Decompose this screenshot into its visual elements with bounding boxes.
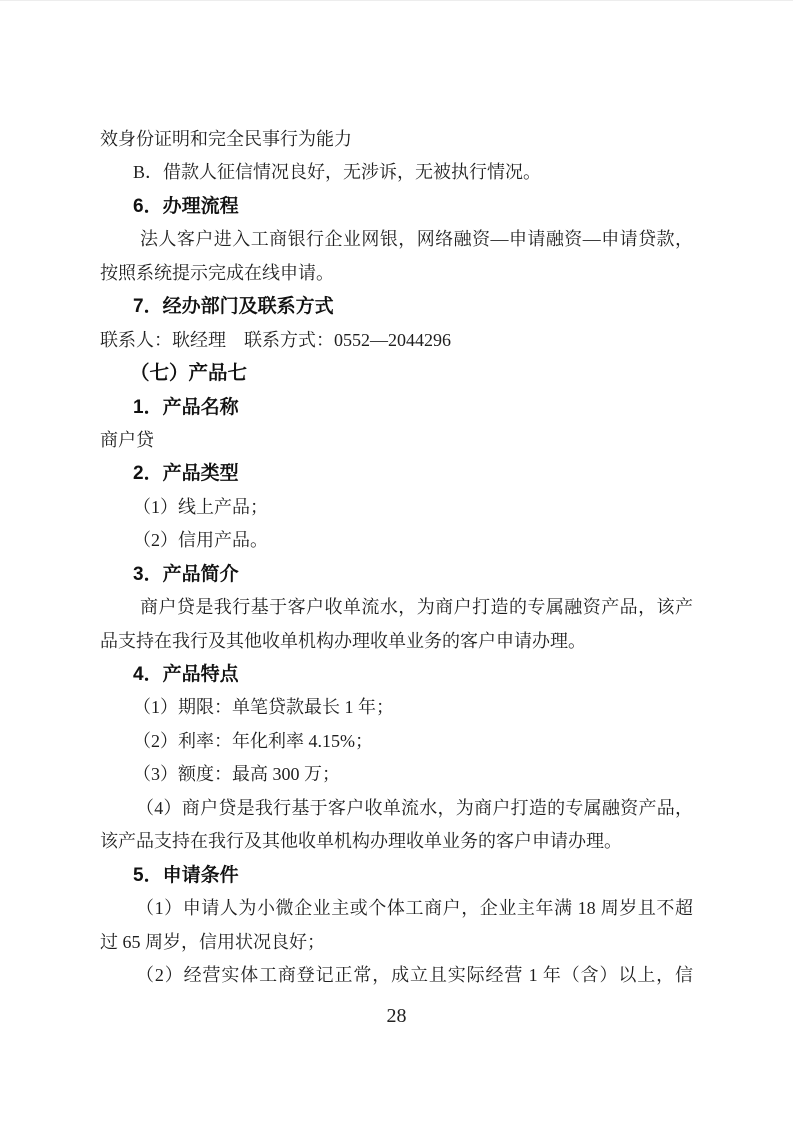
list-item: （2）利率：年化利率 4.15%；	[133, 725, 693, 758]
list-item: （2）经营实体工商登记正常，成立且实际经营 1 年（含）以上，信	[136, 959, 693, 992]
heading-contact-department: 7．经办部门及联系方式	[133, 290, 693, 323]
paragraph-line: 商户贷是我行基于客户收单流水，为商户打造的专属融资产品，该产	[140, 591, 693, 624]
product-name-line: 商户贷	[100, 424, 693, 457]
paragraph-line: 法人客户进入工商银行企业网银，网络融资—申请融资—申请贷款，	[140, 223, 693, 256]
paragraph-line: 该产品支持在我行及其他收单机构办理收单业务的客户申请办理。	[100, 825, 693, 858]
body-text-line: 效身份证明和完全民事行为能力	[100, 123, 693, 156]
document-text-block: 效身份证明和完全民事行为能力 B．借款人征信情况良好，无涉诉，无被执行情况。 6…	[100, 123, 693, 992]
contact-info-line: 联系人：耿经理 联系方式：0552—2044296	[100, 324, 693, 357]
list-item: （4）商户贷是我行基于客户收单流水，为商户打造的专属融资产品，	[136, 792, 693, 825]
list-item: （1）申请人为小微企业主或个体工商户，企业主年满 18 周岁且不超	[136, 892, 693, 925]
heading-product-name: 1．产品名称	[133, 391, 693, 424]
paragraph-line: 按照系统提示完成在线申请。	[100, 257, 693, 290]
paragraph-line: 过 65 周岁，信用状况良好；	[100, 926, 693, 959]
document-page: 效身份证明和完全民事行为能力 B．借款人征信情况良好，无涉诉，无被执行情况。 6…	[0, 0, 793, 1123]
list-item: （1）期限：单笔贷款最长 1 年；	[133, 691, 693, 724]
heading-product-intro: 3．产品简介	[133, 558, 693, 591]
list-item: （2）信用产品。	[133, 524, 693, 557]
heading-product-features: 4．产品特点	[133, 658, 693, 691]
heading-product-type: 2．产品类型	[133, 457, 693, 490]
heading-processing-flow: 6．办理流程	[133, 190, 693, 223]
list-item-b: B．借款人征信情况良好，无涉诉，无被执行情况。	[133, 156, 693, 189]
heading-application-conditions: 5．申请条件	[133, 859, 693, 892]
page-number: 28	[0, 1002, 793, 1030]
paragraph-line: 品支持在我行及其他收单机构办理收单业务的客户申请办理。	[100, 625, 693, 658]
list-item: （3）额度：最高 300 万；	[133, 758, 693, 791]
heading-product-seven: （七）产品七	[130, 357, 693, 390]
list-item: （1）线上产品；	[133, 491, 693, 524]
